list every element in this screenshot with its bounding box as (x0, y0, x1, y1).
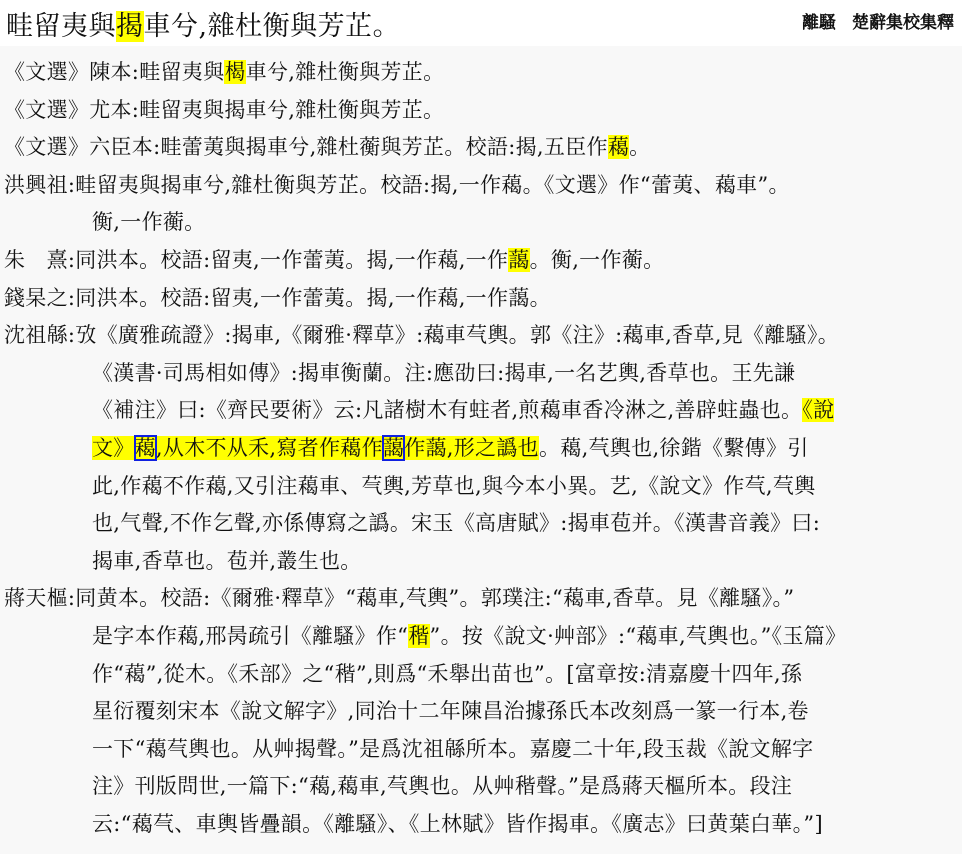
running-head: 離騷楚辭集校集釋 (802, 8, 954, 33)
source-label: 洪興祖: (4, 173, 75, 197)
entry-continuation-line: 一下“藒芞輿也。从艸揭聲。”是爲沈祖緜所本。嘉慶二十年,段玉裁《說文解字 (0, 731, 962, 769)
highlighted-text: 藒 (608, 135, 629, 159)
source-label: 《文選》陳本: (4, 60, 139, 84)
entry-continuation-line: 文》藒,从木不从禾,寫者作藒作藹作藹,形之譌也。藒,芞輿也,徐鍇《繫傳》引 (0, 430, 962, 468)
text-segment: 《補注》曰:《齊民要術》云:凡諸樹木有蛀者,煎藒車香冷淋之,善辟蛀蟲也。 (92, 398, 802, 422)
highlighted-text: 《說 (802, 398, 834, 422)
text-segment: 。藒,芞輿也,徐鍇《繫傳》引 (539, 436, 809, 460)
commentary-entry: 朱 熹:同洪本。校語:留夷,一作蕾荑。揭,一作藒,一作藹。衡,一作蘅。 (0, 242, 962, 280)
entry-continuation-line: 是字本作藒,邢昺疏引《離騷》作“稭”。按《說文·艸部》:“藒車,芞輿也。”《玉篇… (0, 618, 962, 656)
entry-continuation-line: 揭車,香草也。苞并,叢生也。 (0, 543, 962, 581)
entry-first-line: 錢杲之:同洪本。校語:留夷,一作蕾荑。揭,一作藒,一作藹。 (0, 280, 962, 318)
boxed-variant-char: 藹 (383, 436, 404, 460)
text-segment: 《漢書·司馬相如傳》:揭車衡蘭。注:應劭曰:揭車,一名艺輿,香草也。王先謙 (92, 361, 795, 385)
entry-first-line: 《文選》陳本:畦留夷與楬車兮,雜杜衡與芳芷。 (0, 54, 962, 92)
highlighted-text: ,从木不从禾,寫者作藒作 (156, 436, 383, 460)
text-segment: 同洪本。校語:留夷,一作蕾荑。揭,一作藒,一作 (75, 248, 508, 272)
entry-continuation-line: 也,气聲,不作乞聲,亦係傳寫之譌。宋玉《高唐賦》:揭車苞并。《漢書音義》曰: (0, 505, 962, 543)
entry-continuation-line: 《補注》曰:《齊民要術》云:凡諸樹木有蛀者,煎藒車香冷淋之,善辟蛀蟲也。《說 (0, 392, 962, 430)
header-verse: 畦留夷與揭車兮,雜杜衡與芳芷。 (6, 4, 400, 43)
text-segment: 是字本作藒,邢昺疏引《離騷》作“ (92, 624, 408, 648)
entry-first-line: 《文選》六臣本:畦蕾荑與揭車兮,雜杜蘅與芳芷。校語:揭,五臣作藒。 (0, 129, 962, 167)
source-label: 《文選》六臣本: (4, 135, 160, 159)
text-segment: 揭車,香草也。苞并,叢生也。 (92, 549, 362, 573)
text-segment: 此,作藒不作藒,又引注藒車、芞輿,芳草也,與今本小異。艺,《說文》作芞,芞輿 (92, 474, 815, 498)
entry-first-line: 朱 熹:同洪本。校語:留夷,一作蕾荑。揭,一作藒,一作藹。衡,一作蘅。 (0, 242, 962, 280)
text-segment: 畦留夷與 (139, 60, 224, 84)
commentary-entry: 《文選》陳本:畦留夷與楬車兮,雜杜衡與芳芷。 (0, 54, 962, 92)
highlighted-text: 楬 (224, 60, 245, 84)
verse-highlighted-char: 揭 (116, 11, 144, 42)
source-label: 蔣天樞: (4, 586, 75, 610)
entry-continuation-line: 星衍覆刻宋本《說文解字》,同治十二年陳昌治據孫氏本改刻爲一篆一行本,卷 (0, 693, 962, 731)
commentary-entry: 洪興祖:畦留夷與揭車兮,雜杜衡與芳芷。校語:揭,一作藒。《文選》作“蕾荑、藒車”… (0, 167, 962, 242)
entry-first-line: 沈祖緜:攷《廣雅疏證》:揭車,《爾雅·釋草》:藒車芞輿。郭《注》:藒車,香草,見… (0, 317, 962, 355)
entry-first-line: 蔣天樞:同黄本。校語:《爾雅·釋草》“藒車,芞輿”。郭璞注:“藒車,香草。見《離… (0, 580, 962, 618)
verse-text-after: 車兮,雜杜衡與芳芷。 (144, 11, 401, 42)
entry-continuation-line: 注》刊版問世,一篇下:“藒,藒車,芞輿也。从艸稭聲。”是爲蔣天樞所本。段注 (0, 768, 962, 806)
text-segment: 同黄本。校語:《爾雅·釋草》“藒車,芞輿”。郭璞注:“藒車,香草。見《離騷》。” (75, 586, 794, 610)
highlighted-text: 稭 (408, 624, 429, 648)
text-segment: 衡,一作蘅。 (92, 210, 205, 234)
entry-first-line: 《文選》尤本:畦留夷與揭車兮,雜杜衡與芳芷。 (0, 92, 962, 130)
text-segment: 一下“藒芞輿也。从艸揭聲。”是爲沈祖緜所本。嘉慶二十年,段玉裁《說文解字 (92, 737, 813, 761)
text-segment: 畦留夷與揭車兮,雜杜衡與芳芷。 (139, 98, 444, 122)
entry-continuation-line: 云:“藒芞、車輿皆疊韻。《離騷》、《上林賦》皆作揭車。《廣志》曰黄葉白華。”] (0, 806, 962, 844)
text-segment: 。 (629, 135, 650, 159)
source-label: 《文選》尤本: (4, 98, 139, 122)
commentary-entry: 蔣天樞:同黄本。校語:《爾雅·釋草》“藒車,芞輿”。郭璞注:“藒車,香草。見《離… (0, 580, 962, 843)
source-label: 錢杲之: (4, 286, 75, 310)
commentary-entry: 錢杲之:同洪本。校語:留夷,一作蕾荑。揭,一作藒,一作藹。 (0, 280, 962, 318)
highlighted-text: 文》 (92, 436, 135, 460)
boxed-variant-char: 藒 (135, 436, 156, 460)
text-segment: 畦蕾荑與揭車兮,雜杜蘅與芳芷。校語:揭,五臣作 (160, 135, 607, 159)
entry-continuation-line: 此,作藒不作藒,又引注藒車、芞輿,芳草也,與今本小異。艺,《說文》作芞,芞輿 (0, 468, 962, 506)
text-segment: 車兮,雜杜衡與芳芷。 (246, 60, 445, 84)
text-segment: 也,气聲,不作乞聲,亦係傳寫之譌。宋玉《高唐賦》:揭車苞并。《漢書音義》曰: (92, 511, 820, 535)
entry-continuation-line: 《漢書·司馬相如傳》:揭車衡蘭。注:應劭曰:揭車,一名艺輿,香草也。王先謙 (0, 355, 962, 393)
book-title: 楚辭集校集釋 (852, 13, 954, 33)
commentary-body: 《文選》陳本:畦留夷與楬車兮,雜杜衡與芳芷。《文選》尤本:畦留夷與揭車兮,雜杜衡… (0, 54, 962, 843)
entry-continuation-line: 衡,一作蘅。 (0, 204, 962, 242)
text-segment: 。衡,一作蘅。 (530, 248, 665, 272)
source-label: 沈祖緜: (4, 323, 75, 347)
text-segment: 攷《廣雅疏證》:揭車,《爾雅·釋草》:藒車芞輿。郭《注》:藒車,香草,見《離騷》… (75, 323, 839, 347)
text-segment: 注》刊版問世,一篇下:“藒,藒車,芞輿也。从艸稭聲。”是爲蔣天樞所本。段注 (92, 774, 792, 798)
text-segment: ”。按《說文·艸部》:“藒車,芞輿也。”《玉篇》 (430, 624, 847, 648)
chapter-title: 離騷 (802, 13, 836, 33)
text-segment: 同洪本。校語:留夷,一作蕾荑。揭,一作藒,一作藹。 (75, 286, 551, 310)
verse-text-before: 畦留夷與 (6, 11, 116, 42)
entry-first-line: 洪興祖:畦留夷與揭車兮,雜杜衡與芳芷。校語:揭,一作藒。《文選》作“蕾荑、藒車”… (0, 167, 962, 205)
entry-continuation-line: 作“藒”,從木。《禾部》之“稭”,則爲“禾舉出苗也”。[富章按:清嘉慶十四年,孫 (0, 656, 962, 694)
text-segment: 云:“藒芞、車輿皆疊韻。《離騷》、《上林賦》皆作揭車。《廣志》曰黄葉白華。”] (92, 812, 823, 836)
highlighted-text: 藹 (508, 248, 529, 272)
text-segment: 作“藒”,從木。《禾部》之“稭”,則爲“禾舉出苗也”。[富章按:清嘉慶十四年,孫 (92, 662, 802, 686)
page-header: 畦留夷與揭車兮,雜杜衡與芳芷。 離騷楚辭集校集釋 (0, 0, 962, 46)
source-label: 朱 熹: (4, 248, 75, 272)
highlighted-text: 作藹,形之譌也 (404, 436, 539, 460)
commentary-entry: 《文選》尤本:畦留夷與揭車兮,雜杜衡與芳芷。 (0, 92, 962, 130)
text-segment: 畦留夷與揭車兮,雜杜衡與芳芷。校語:揭,一作藒。《文選》作“蕾荑、藒車”。 (75, 173, 790, 197)
commentary-entry: 沈祖緜:攷《廣雅疏證》:揭車,《爾雅·釋草》:藒車芞輿。郭《注》:藒車,香草,見… (0, 317, 962, 580)
text-segment: 星衍覆刻宋本《說文解字》,同治十二年陳昌治據孫氏本改刻爲一篆一行本,卷 (92, 699, 809, 723)
commentary-entry: 《文選》六臣本:畦蕾荑與揭車兮,雜杜蘅與芳芷。校語:揭,五臣作藒。 (0, 129, 962, 167)
